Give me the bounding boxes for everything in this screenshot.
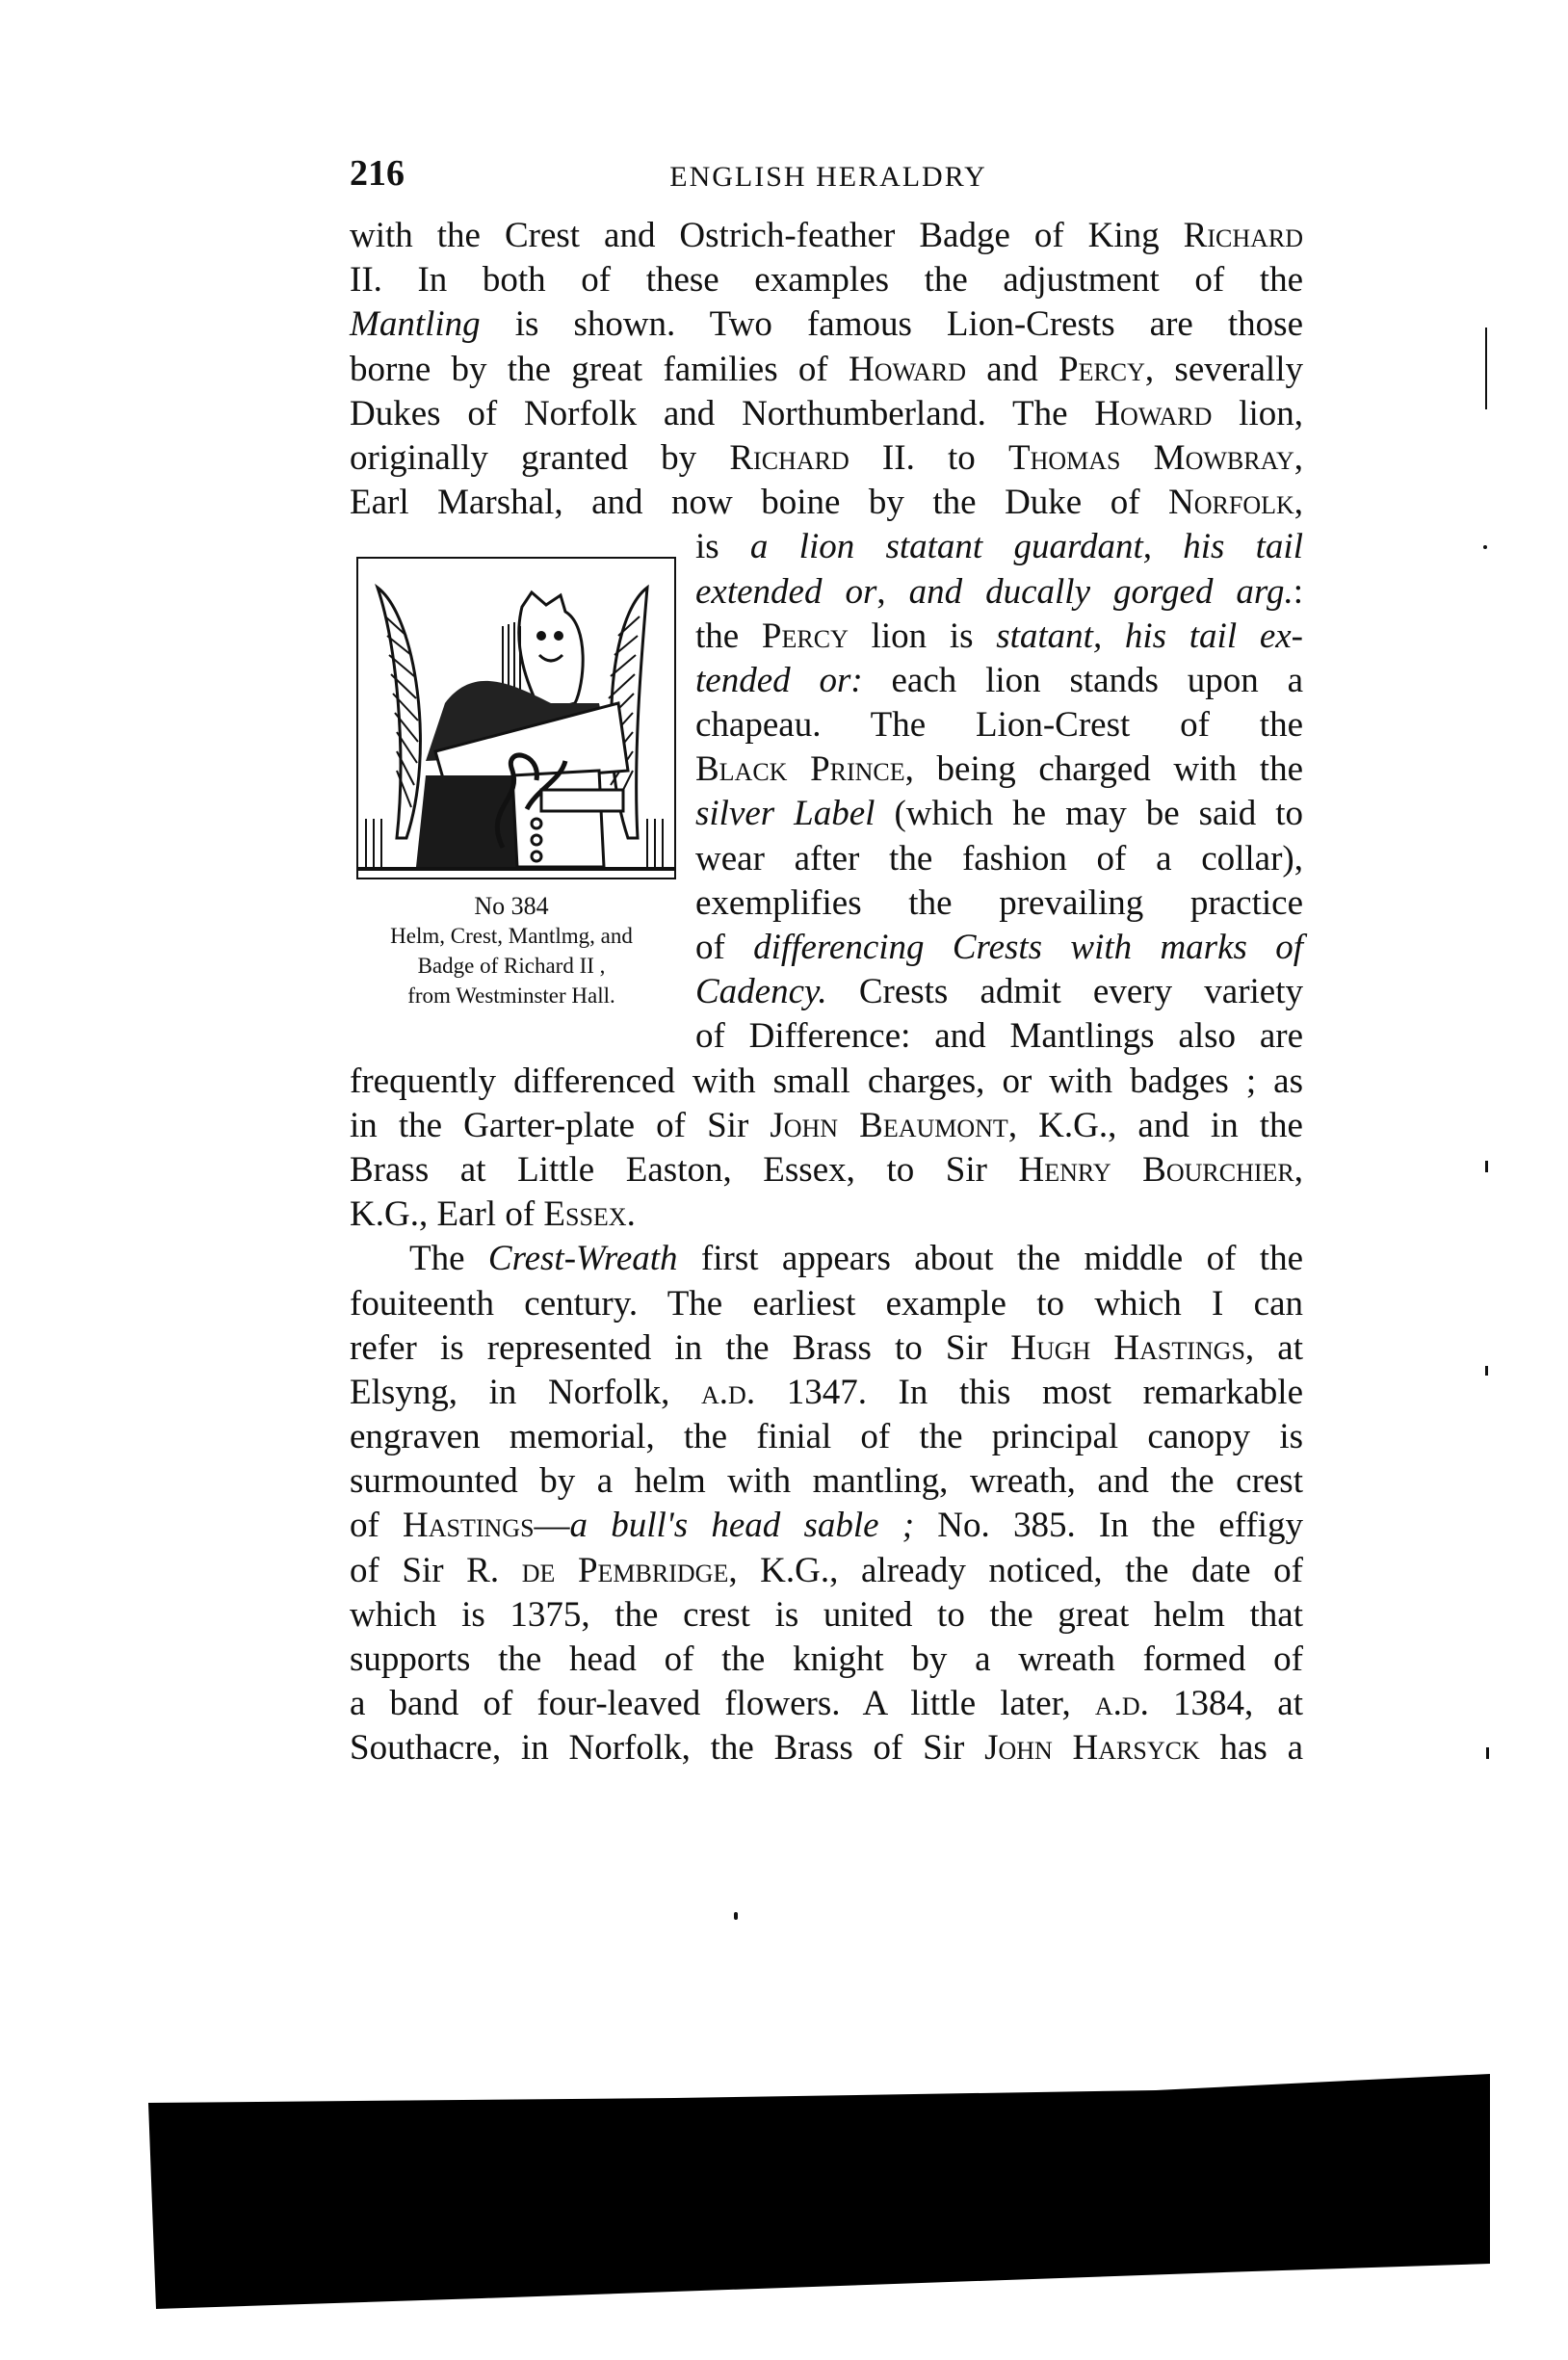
scan-black-bar [0,0,1568,2360]
